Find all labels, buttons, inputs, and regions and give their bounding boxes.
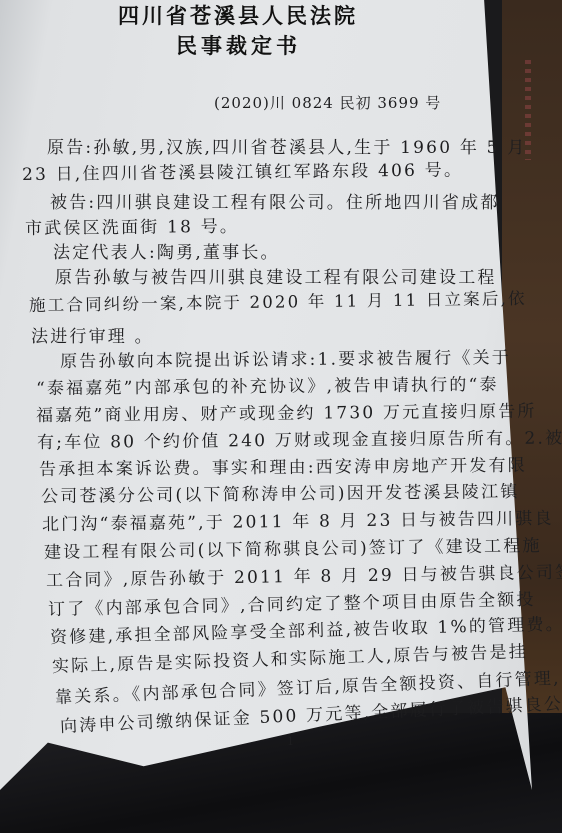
text-line: 有;车位 80 个约价值 240 万财或现金直接归原告所有。2.被 (37, 423, 562, 453)
text-line: 建设工程有限公司(以下简称骐良公司)签订了《建设工程施 (44, 531, 542, 563)
text-line: 告承担本案诉讼费。事实和理由:西安涛申房地产开发有限 (39, 451, 527, 480)
text-line: 公司苍溪分公司(以下简称涛申公司)因开发苍溪县陵江镇 (41, 477, 520, 507)
text-line: 市武侯区洗面街 18 号。 (25, 212, 239, 239)
case-number: (2020)川 0824 民初 3699 号 (214, 92, 441, 113)
text-line: 法进行审理 。 (31, 322, 154, 347)
text-line: 原告孙敏与被告四川骐良建设工程有限公司建设工程 (55, 263, 497, 288)
text-line: 福嘉苑”商业用房、财产或现金约 1730 万元直接归原告所 (36, 397, 537, 426)
text-line: 23 日,住四川省苍溪县陵江镇红军路东段 406 号。 (22, 155, 463, 185)
text-line: “泰福嘉苑”内部承包的补充协议》,被告申请执行的“泰 (36, 370, 499, 399)
text-line: 被告:四川骐良建设工程有限公司。住所地四川省成都 (50, 188, 500, 213)
document-page: 四川省苍溪县人民法院 民事裁定书 (2020)川 0824 民初 3699 号 … (0, 0, 562, 833)
text-line: 施工合同纠纷一案,本院于 2020 年 11 月 11 日立案后,依 (29, 285, 527, 316)
court-name-heading: 四川省苍溪县人民法院 (118, 0, 358, 30)
text-line: 原告:孙敏,男,汉族,四川省苍溪县人,生于 1960 年 5 月 (47, 133, 526, 158)
text-line: 法定代表人:陶勇,董事长。 (53, 238, 280, 263)
text-line: 原告孙敏向本院提出诉讼请求:1.要求被告履行《关于 (60, 343, 511, 372)
text-line: 北门沟“泰福嘉苑”,于 2011 年 8 月 23 日与被告四川骐良 (42, 504, 554, 535)
document-type-heading: 民事裁定书 (176, 30, 301, 60)
page-number: 1 (287, 735, 294, 748)
